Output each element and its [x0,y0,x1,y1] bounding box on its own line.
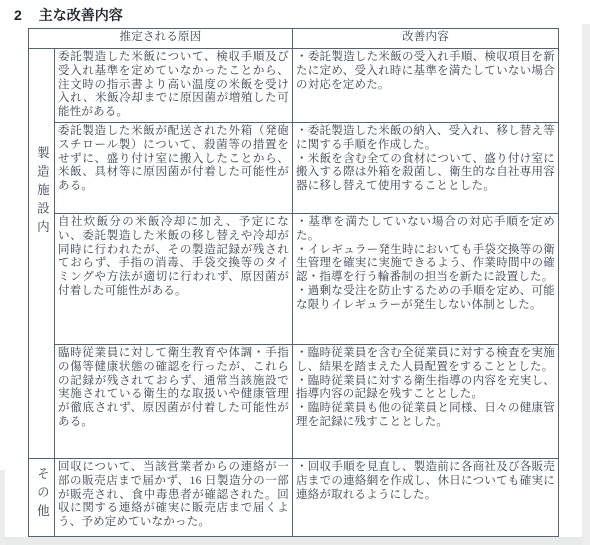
cause-cell: 自社炊飯分の米飯冷却に加え、予定にない、委託製造した米飯の移し替えや冷却が同時に… [55,213,293,344]
cause-cell: 委託製造した米飯について、検収手順及び受入れ基準を定めていなかったことから、注文… [55,49,293,123]
header-cause: 推定される原因 [29,29,293,49]
document-page: { "page": { "title_num": "2", "title_tex… [0,0,590,545]
group-label-manufacturing: 製造施設内 [35,146,49,239]
table-row: 製造施設内 委託製造した米飯について、検収手順及び受入れ基準を定めていなかったこ… [29,49,559,123]
scan-edge-bottom [0,537,590,545]
header-improvement: 改善内容 [293,29,559,49]
table-header-row: 推定される原因 改善内容 [29,29,559,49]
group-label-other: その他 [35,467,49,523]
page-title-text: 主な改善内容 [39,5,123,25]
cause-cell: 臨時従業員に対して衛生教育や体調・手指の傷等健康状態の確認を行ったが、これらの記… [55,344,293,458]
improvement-table: 推定される原因 改善内容 製造施設内 委託製造した米飯について、検収手順及び受入… [28,28,559,537]
scan-edge-right [582,24,590,545]
scan-edge-left [0,470,5,545]
improvement-cell: ・基準を満たしていない場合の対応手順を定めた。 ・イレギュラー発生時においても手… [293,213,559,344]
improvement-cell: ・臨時従業員を含む全従業員に対する検査を実施し、結果を踏まえた人員配置をすること… [293,344,559,458]
page-title-number: 2 [14,7,22,23]
page-title: 2 主な改善内容 [14,5,123,25]
improvement-cell: ・回収手順を見直し、製造前に各商社及び各販売店までの連絡網を作成し、休日について… [293,458,559,536]
table-row: 臨時従業員に対して衛生教育や体調・手指の傷等健康状態の確認を行ったが、これらの記… [29,344,559,458]
table-row: 自社炊飯分の米飯冷却に加え、予定にない、委託製造した米飯の移し替えや冷却が同時に… [29,213,559,344]
improvement-cell: ・委託製造した米飯の受入れ手順、検収項目を新たに定め、受入れ時に基準を満たしてい… [293,49,559,123]
group-cell-manufacturing: 製造施設内 [29,49,55,459]
table-row: その他 回収について、当該営業者からの連絡が一部の販売店まで届かず、16 日製造… [29,458,559,536]
cause-cell: 委託製造した米飯が配送された外箱（発砲スチロール製）について、殺菌等の措置をせず… [55,122,293,213]
cause-cell: 回収について、当該営業者からの連絡が一部の販売店まで届かず、16 日製造分の一部… [55,458,293,536]
table-row: 委託製造した米飯が配送された外箱（発砲スチロール製）について、殺菌等の措置をせず… [29,122,559,213]
group-cell-other: その他 [29,458,55,536]
improvement-cell: ・委託製造した米飯の納入、受入れ、移し替え等に関する手順を作成した。 ・米飯を含… [293,122,559,213]
